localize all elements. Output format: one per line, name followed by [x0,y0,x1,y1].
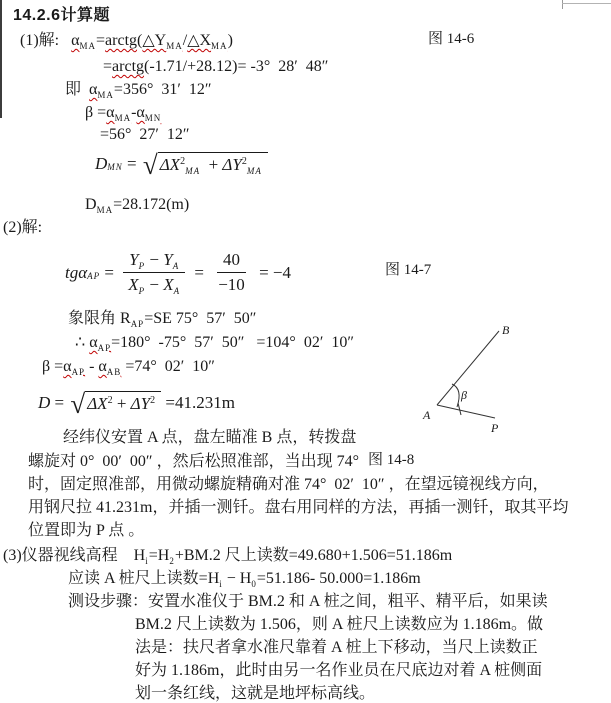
fraction: 40−10 [212,250,251,296]
text-segment: arctg [112,58,144,75]
text-segment: MA [166,41,183,51]
text-segment: X [128,275,138,294]
text-segment: 法是：扶尺者拿水准尺靠着 A 桩上下移动，当尺上读数正 [135,639,538,656]
text-segment: ∴ [75,334,89,351]
text-segment: A [173,261,180,271]
text-segment: arctg [105,32,137,49]
text-segment: = [190,263,208,283]
line-theodolite-setup: 经纬仪安置 A 点，盘左瞄准 B 点，转拨盘 [63,428,356,447]
line-beta-value: =56° 27′ 12″ [100,125,190,144]
figure-label-14-8: 图 14-8 [368,451,414,469]
line-1-solution-start: (1)解: αMA=arctg(△YMA/△XMA) [20,31,233,50]
line-alpha-ma: 即 αMA=356° 31′ 12″ [65,80,212,99]
text-segment: =28.172(m) [113,196,189,213]
text-segment: i [145,556,149,566]
line-beta-ap-ab: β =αAP - αAB =74° 02′ 10″ [42,357,215,376]
text-segment: = −4 [255,263,291,283]
text-segment: 2 [108,395,113,406]
line-dma-value: DMA=28.172(m) [85,195,189,214]
formula-distance-mn: DMN = √ΔX2MA + ΔY2MA [95,152,268,175]
text-segment: 用钢尺拉 41.231m，并插一测钎。盘右用同样的方法，再插一测钎，取其平均 [28,499,568,516]
radical-body: ΔX2MA + ΔY2MA [158,152,268,175]
text-segment: MA [185,166,200,176]
figure-label-14-6: 图 14-6 [428,30,474,48]
text-segment: +BM.2 尺上读数=49.680+1.506=51.186m [175,547,452,564]
line-arctg-value: =arctg(-1.71/+28.12)= -3° 28′ 48″ [103,57,328,76]
text-segment: △X [187,32,211,49]
survey-diagram-svg: A B P β [415,318,530,438]
text-segment: 经纬仪安置 A 点，盘左瞄准 B 点，转拨盘 [63,429,356,446]
text-segment: 14.2.6计算题 [13,7,110,24]
text-segment: MA [211,41,228,51]
line-fix-alidade: 时，固定照准部，用微动螺旋精确对准 74° 02′ 10″ ，在望远镜视线方向， [28,475,549,494]
text-segment: 应读 A 桩尺上读数=H [68,570,219,587]
text-segment: α [71,32,79,49]
text-segment: ) [228,32,233,49]
text-segment: ΔY [222,155,241,174]
text-group: αAB [98,358,121,375]
text-segment: 时，固定照准部，用微动螺旋精确对准 74° 02′ 10″ ，在望远镜视线方向， [28,476,549,493]
document-page: 14.2.6计算题(1)解: αMA=arctg(△YMA/△XMA)图 14-… [0,0,611,703]
text-segment: AP [87,271,100,282]
text-segment: 2 [169,556,175,566]
text-segment: ΔX [160,155,180,174]
text-segment: 图 14-7 [385,262,431,278]
line-3-instrument-height: (3)仪器视线高程 Hi=H2+BM.2 尺上读数=49.680+1.506=5… [3,546,452,565]
text-segment: (1)解: [20,32,71,49]
text-segment: α [106,104,114,121]
text-segment: ΔX [87,394,107,413]
text-segment: α [89,334,97,351]
text-segment: Y [163,250,172,269]
text-segment: = [96,32,105,49]
text-segment: 螺旋对 0° 00′ 00″ ，然后松照准部，当出现 74° [28,453,359,470]
text-segment: =SE 75° 57′ 50″ [144,310,256,327]
text-segment: AP [98,343,112,353]
figure-label-14-7: 图 14-7 [385,261,431,279]
line-alpha-ap: ∴ αAP=180° -75° 57′ 50″ =104° 02′ 10″ [75,333,354,352]
text-segment: α [98,358,106,375]
text-segment: 测设步骤：安置水准仪于 BM.2 和 A 桩之间，粗平、精平后，如果读 [68,593,548,610]
text-segment: X [163,275,173,294]
radical: √ΔX2MA + ΔY2MA [143,152,268,175]
text-segment: = [50,393,68,413]
text-segment: △Y [142,32,166,49]
text-segment: P [139,286,146,296]
text-segment: α [63,358,71,375]
text-segment: AP [131,319,145,329]
line-red-line: 划一条红线，这就是地坪标高线。 [135,684,375,703]
fraction-numerator: YP − YA [123,250,185,273]
text-segment: =356° 31′ 12″ [114,81,212,98]
radical: √ΔX2 + ΔY2 [70,391,161,414]
text-segment: + [200,155,222,174]
text-segment: β = [85,104,106,121]
text-group: αMA [106,104,131,121]
text-segment: 图 14-8 [368,452,414,468]
text-segment: AB [107,367,122,377]
line-a-p [437,405,495,418]
page-left-edge [0,0,2,118]
line-quadrant-angle: 象限角 RAP=SE 75° 57′ 50″ [68,309,256,328]
text-segment: − [145,275,163,294]
text-segment: =180° -75° 57′ 50″ =104° 02′ 10″ [111,334,354,351]
text-segment: D [38,393,50,413]
label-b: B [502,323,510,337]
text-segment: (-1.71/+28.12)= -3° 28′ 48″ [144,58,328,75]
text-segment: D [95,154,107,174]
radical-sign-icon: √ [70,394,85,414]
text-segment: 0 [251,579,257,589]
text-segment: MN [107,162,123,173]
text-segment: P [139,261,146,271]
tick-mark [458,403,461,415]
text-segment: MA [80,41,97,51]
line-screw-zero: 螺旋对 0° 00′ 00″ ，然后松照准部，当出现 74° [28,452,359,471]
text-segment: 2 [150,395,155,406]
text-segment: AP [72,367,86,377]
formula-tg-alpha-ap: tgαAP = YP − YAXP − XA = 40−10 = −4 [65,250,291,296]
text-segment: + [113,394,131,413]
text-segment: −10 [218,275,245,294]
text-segment: 位置即为 P 点 。 [28,522,144,539]
text-segment: =H [149,547,170,564]
text-segment: =74° 02′ 10″ [121,358,215,375]
line-2-solution-start: (2)解: [3,218,42,237]
text-segment: tgα [65,263,87,283]
text-segment: 即 [65,81,89,98]
text-segment: = [100,263,118,283]
fraction-numerator: 40 [217,250,246,273]
text-group: αMA [71,32,96,49]
survey-diagram: A B P β [415,318,530,438]
text-segment: MN [145,113,162,123]
text-segment: Y [129,250,138,269]
text-segment: β = [42,358,63,375]
text-segment: 象限角 R [68,310,131,327]
text-segment: =41.231m [161,393,235,413]
fraction: YP − YAXP − XA [122,250,186,296]
text-segment: 划一条红线，这就是地坪标高线。 [135,685,375,702]
text-segment: MA [247,166,262,176]
line-steel-tape: 用钢尺拉 41.231m，并插一测钎。盘右用同样的方法，再插一测钎，取其平均 [28,498,568,517]
text-segment: BM.2 尺上读数为 1.506，则 A 桩尺上读数应为 1.186m。做 [135,616,543,633]
text-segment: i [219,579,223,589]
text-segment: - [85,358,98,375]
radical-body: ΔX2 + ΔY2 [85,391,161,414]
text-group: △XMA [187,32,227,49]
radical-sign-icon: √ [143,155,158,175]
label-p: P [490,421,499,435]
text-segment: − H [223,570,252,587]
text-segment: MA [115,113,132,123]
text-segment: (3)仪器视线高程 H [3,547,145,564]
label-beta: β [460,388,467,402]
line-beta-def: β =αMA-αMN [85,103,161,122]
section-heading: 14.2.6计算题 [13,6,110,25]
text-segment: A [174,286,181,296]
label-a: A [422,408,431,422]
text-segment: = [103,58,112,75]
text-segment: MA [97,90,114,100]
text-segment: = [123,154,141,174]
text-group: αAP [63,358,85,375]
text-segment: MA [97,205,114,215]
text-group: αAP [89,334,111,351]
line-stake-reading: 应读 A 桩尺上读数=Hi − H0=51.186- 50.000=1.186m [68,569,421,588]
text-group: αMA [89,81,114,98]
text-segment: D [85,196,97,213]
line-exact-reading: 好为 1.186m，此时由另一名作业员在尺底边对着 A 桩侧面 [135,661,542,680]
text-segment: ΔY [131,394,150,413]
line-point-p: 位置即为 P 点 。 [28,521,144,540]
formula-distance-d: D = √ΔX2 + ΔY2 =41.231m [38,391,235,414]
text-segment: 好为 1.186m，此时由另一名作业员在尺底边对着 A 桩侧面 [135,662,542,679]
line-bm2-reading: BM.2 尺上读数为 1.506，则 A 桩尺上读数应为 1.186m。做 [135,615,543,634]
text-segment: =51.186- 50.000=1.186m [257,570,421,587]
text-segment: α [136,104,144,121]
margin-corner-mark-vertical [562,0,563,9]
line-method: 法是：扶尺者拿水准尺靠着 A 桩上下移动，当尺上读数正 [135,638,538,657]
text-segment: 图 14-6 [428,31,474,47]
text-segment: =56° 27′ 12″ [100,126,190,143]
text-segment: (2)解: [3,219,42,236]
text-group: αMN [136,104,161,121]
text-segment: 40 [223,250,240,269]
margin-corner-mark-horizontal [562,3,611,4]
line-layout-steps: 测设步骤：安置水准仪于 BM.2 和 A 桩之间，粗平、精平后，如果读 [68,592,548,611]
fraction-denominator: −10 [212,273,251,295]
text-group: △YMA [142,32,182,49]
line-a-b [437,331,499,405]
fraction-denominator: XP − XA [122,273,186,295]
text-segment: − [145,250,163,269]
